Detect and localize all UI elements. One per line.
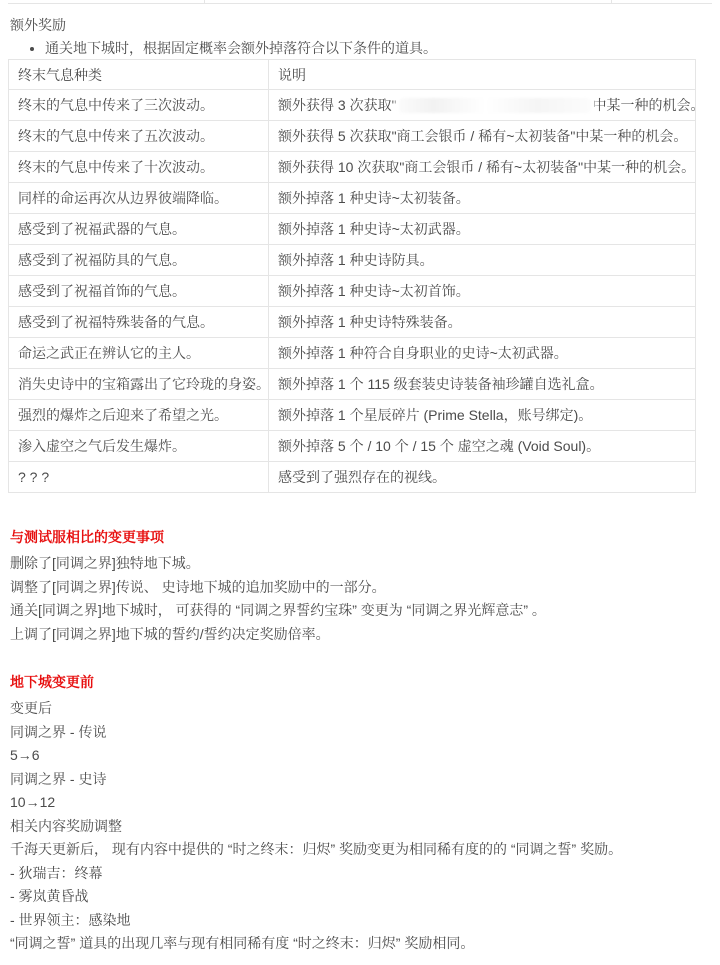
table-row: 感受到了祝福防具的气息。额外掉落 1 种史诗防具。	[9, 245, 696, 276]
description-suffix: 中某一种的机会。	[593, 97, 696, 113]
previous-table-remnant	[8, 0, 712, 4]
note-line: 通关[同调之界]地下城时， 可获得的 “同调之界誓约宝珠” 变更为 “同调之界光…	[10, 599, 720, 623]
table-row: 渗入虚空之气后发生爆炸。额外掉落 5 个 / 10 个 / 15 个 虚空之魂 …	[9, 431, 696, 462]
rewards-table: 终末气息种类 说明 终末的气息中传来了三次波动。额外获得 3 次获取"中某一种的…	[8, 59, 696, 493]
table-row: 同样的命运再次从边界彼端降临。额外掉落 1 种史诗~太初装备。	[9, 183, 696, 214]
patch-notes-page: 额外奖励 通关地下城时，根据固定概率会额外掉落符合以下条件的道具。 终末气息种类…	[0, 0, 720, 956]
description-cell: 额外获得 3 次获取"中某一种的机会。	[269, 90, 696, 121]
note-line: 同调之界 - 史诗	[10, 768, 720, 792]
dungeon-change-lines: 变更后同调之界 - 传说5→6同调之界 - 史诗10→12相关内容奖励调整千海天…	[10, 697, 720, 956]
table-row: 终末的气息中传来了十次波动。额外获得 10 次获取"商工会银币 / 稀有~太初装…	[9, 152, 696, 183]
note-line: 变更后	[10, 697, 720, 721]
rewards-table-body: 终末的气息中传来了三次波动。额外获得 3 次获取"中某一种的机会。终末的气息中传…	[9, 90, 696, 493]
section-dungeon-changes: 地下城变更前 变更后同调之界 - 传说5→6同调之界 - 史诗10→12相关内容…	[10, 672, 720, 956]
note-line: 5→6	[10, 744, 720, 768]
table-column-divider-remnant	[204, 0, 205, 3]
note-line: 同调之界 - 传说	[10, 721, 720, 745]
table-row: 消失史诗中的宝箱露出了它玲珑的身姿。额外掉落 1 个 115 级套装史诗装备袖珍…	[9, 369, 696, 400]
aura-type-cell: 终末的气息中传来了三次波动。	[9, 90, 269, 121]
description-cell: 额外掉落 1 种史诗防具。	[269, 245, 696, 276]
note-line: - 狄瑞吉：终幕	[10, 862, 720, 886]
aura-type-cell: 感受到了祝福首饰的气息。	[9, 276, 269, 307]
aura-type-cell: 渗入虚空之气后发生爆炸。	[9, 431, 269, 462]
aura-type-cell: 终末的气息中传来了五次波动。	[9, 121, 269, 152]
aura-type-cell: ? ? ?	[9, 462, 269, 493]
table-row: 终末的气息中传来了五次波动。额外获得 5 次获取"商工会银币 / 稀有~太初装备…	[9, 121, 696, 152]
aura-type-cell: 感受到了祝福武器的气息。	[9, 214, 269, 245]
section-heading-test-server-changes: 与测试服相比的变更事项	[10, 527, 720, 548]
description-prefix: 额外获得 3 次获取"	[278, 97, 397, 113]
table-row: ? ? ?感受到了强烈存在的视线。	[9, 462, 696, 493]
note-line: “同调之誓” 道具的出现几率与现有相同稀有度 “时之终末：归烬” 奖励相同。	[10, 932, 720, 956]
note-line: 10→12	[10, 791, 720, 815]
column-header-description: 说明	[269, 60, 696, 90]
description-cell: 额外掉落 1 种史诗~太初武器。	[269, 214, 696, 245]
description-cell: 额外掉落 1 种史诗~太初首饰。	[269, 276, 696, 307]
aura-type-cell: 感受到了祝福特殊装备的气息。	[9, 307, 269, 338]
section-test-server-changes: 与测试服相比的变更事项 删除了[同调之界]独特地下城。调整了[同调之界]传说、 …	[10, 527, 720, 646]
aura-type-cell: 强烈的爆炸之后迎来了希望之光。	[9, 400, 269, 431]
note-line: - 世界领主：感染地	[10, 909, 720, 933]
table-row: 终末的气息中传来了三次波动。额外获得 3 次获取"中某一种的机会。	[9, 90, 696, 121]
aura-type-cell: 感受到了祝福防具的气息。	[9, 245, 269, 276]
column-header-aura-type: 终末气息种类	[9, 60, 269, 90]
description-cell: 感受到了强烈存在的视线。	[269, 462, 696, 493]
note-line: 相关内容奖励调整	[10, 815, 720, 839]
table-row: 感受到了祝福特殊装备的气息。额外掉落 1 种史诗特殊装备。	[9, 307, 696, 338]
aura-type-cell: 命运之武正在辨认它的主人。	[9, 338, 269, 369]
description-cell: 额外掉落 1 种史诗特殊装备。	[269, 307, 696, 338]
intro-bullet-list: 通关地下城时，根据固定概率会额外掉落符合以下条件的道具。	[0, 38, 720, 59]
table-column-divider-remnant	[611, 0, 612, 3]
bullet-item: 通关地下城时，根据固定概率会额外掉落符合以下条件的道具。	[45, 38, 720, 59]
redacted-blur-patch	[399, 98, 591, 113]
note-line: 千海天更新后， 现有内容中提供的 “时之终末：归烬” 奖励变更为相同稀有度的的 …	[10, 838, 720, 862]
table-row: 感受到了祝福首饰的气息。额外掉落 1 种史诗~太初首饰。	[9, 276, 696, 307]
aura-type-cell: 终末的气息中传来了十次波动。	[9, 152, 269, 183]
description-cell: 额外获得 5 次获取"商工会银币 / 稀有~太初装备"中某一种的机会。	[269, 121, 696, 152]
test-server-change-lines: 删除了[同调之界]独特地下城。调整了[同调之界]传说、 史诗地下城的追加奖励中的…	[10, 552, 720, 646]
aura-type-cell: 消失史诗中的宝箱露出了它玲珑的身姿。	[9, 369, 269, 400]
table-row: 命运之武正在辨认它的主人。额外掉落 1 种符合自身职业的史诗~太初武器。	[9, 338, 696, 369]
aura-type-cell: 同样的命运再次从边界彼端降临。	[9, 183, 269, 214]
section-heading-dungeon-changes: 地下城变更前	[10, 672, 720, 693]
table-row: 感受到了祝福武器的气息。额外掉落 1 种史诗~太初武器。	[9, 214, 696, 245]
note-line: - 雾岚黄昏战	[10, 885, 720, 909]
description-cell: 额外掉落 1 种史诗~太初装备。	[269, 183, 696, 214]
section-title-extra-rewards: 额外奖励	[10, 15, 720, 36]
description-cell: 额外掉落 1 个星辰碎片 (Prime Stella，账号绑定)。	[269, 400, 696, 431]
description-cell: 额外掉落 5 个 / 10 个 / 15 个 虚空之魂 (Void Soul)。	[269, 431, 696, 462]
description-cell: 额外获得 10 次获取"商工会银币 / 稀有~太初装备"中某一种的机会。	[269, 152, 696, 183]
note-line: 删除了[同调之界]独特地下城。	[10, 552, 720, 576]
description-cell: 额外掉落 1 种符合自身职业的史诗~太初武器。	[269, 338, 696, 369]
description-cell: 额外掉落 1 个 115 级套装史诗装备袖珍罐自选礼盒。	[269, 369, 696, 400]
table-header-row: 终末气息种类 说明	[9, 60, 696, 90]
note-line: 调整了[同调之界]传说、 史诗地下城的追加奖励中的一部分。	[10, 576, 720, 600]
table-row: 强烈的爆炸之后迎来了希望之光。额外掉落 1 个星辰碎片 (Prime Stell…	[9, 400, 696, 431]
note-line: 上调了[同调之界]地下城的誓约/誓约决定奖励倍率。	[10, 623, 720, 647]
